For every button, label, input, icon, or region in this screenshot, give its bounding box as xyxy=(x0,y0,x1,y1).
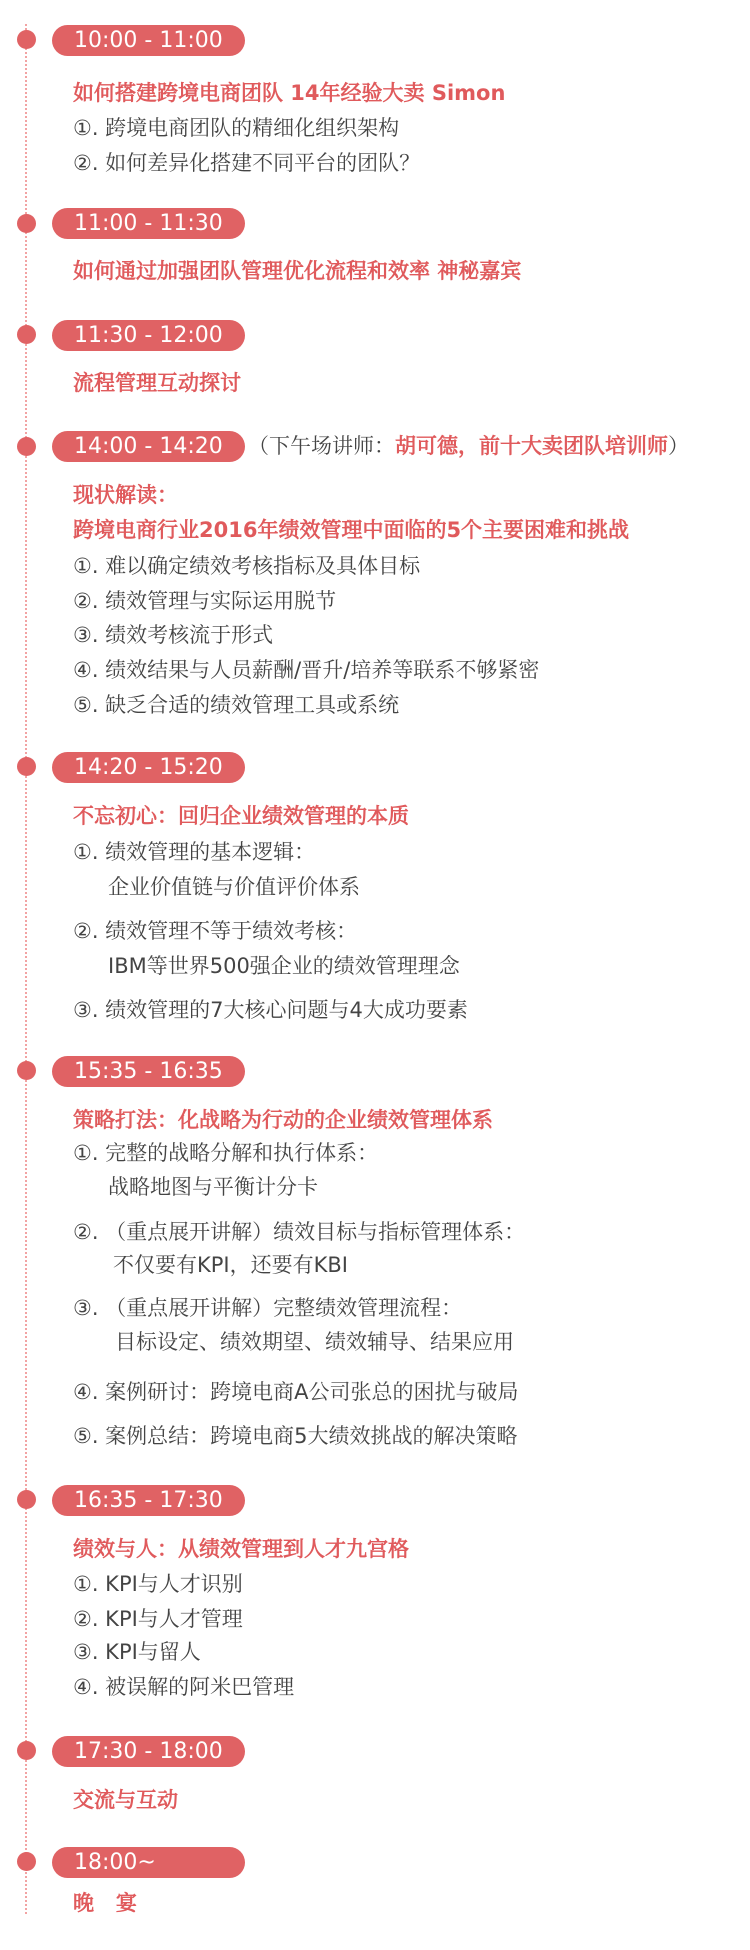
timeline-dot xyxy=(17,437,36,456)
speaker-close: ） xyxy=(668,434,689,458)
time-badge: 14:20 - 15:20 xyxy=(52,752,245,783)
list-item: ①. 绩效管理的基本逻辑： xyxy=(73,837,315,867)
time-badge: 11:00 - 11:30 xyxy=(52,208,245,239)
timeline-dot xyxy=(17,214,36,233)
list-item: ②. （重点展开讲解）绩效目标与指标管理体系： xyxy=(73,1217,525,1247)
list-item: ④. 绩效结果与人员薪酬/晋升/培养等联系不够紧密 xyxy=(73,655,539,685)
speaker-name: 胡可德，前十大卖团队培训师 xyxy=(395,434,668,458)
list-item: ⑤. 缺乏合适的绩效管理工具或系统 xyxy=(73,690,399,720)
list-item: ①. 难以确定绩效考核指标及具体目标 xyxy=(73,551,420,581)
timeline-dot xyxy=(17,1741,36,1760)
timeline-dot xyxy=(17,325,36,344)
session-title: 如何搭建跨境电商团队 14年经验大卖 Simon xyxy=(73,78,505,108)
list-item: ④. 案例研讨：跨境电商A公司张总的困扰与破局 xyxy=(73,1377,519,1407)
list-item-continuation: 目标设定、绩效期望、绩效辅导、结果应用 xyxy=(115,1327,514,1357)
timeline-dot xyxy=(17,1061,36,1080)
session-title: 晚 宴 xyxy=(73,1888,137,1918)
list-item: ③. （重点展开讲解）完整绩效管理流程： xyxy=(73,1293,462,1323)
session-title: 策略打法：化战略为行动的企业绩效管理体系 xyxy=(73,1105,493,1135)
time-badge: 16:35 - 17:30 xyxy=(52,1485,245,1516)
timeline-dotted-line xyxy=(25,24,27,1914)
list-item-continuation: 战略地图与平衡计分卡 xyxy=(108,1172,318,1202)
session-title: 现状解读： xyxy=(73,480,178,510)
timeline-dot xyxy=(17,757,36,776)
time-badge: 17:30 - 18:00 xyxy=(52,1736,245,1767)
session-title: 不忘初心：回归企业绩效管理的本质 xyxy=(73,801,409,831)
list-item: ①. 跨境电商团队的精细化组织架构 xyxy=(73,113,399,143)
list-item: ①. KPI与人才识别 xyxy=(73,1569,243,1599)
time-badge: 14:00 - 14:20 xyxy=(52,431,245,462)
list-item: ③. KPI与留人 xyxy=(73,1637,201,1667)
list-item: ①. 完整的战略分解和执行体系： xyxy=(73,1138,378,1168)
list-item: ②. 绩效管理不等于绩效考核： xyxy=(73,916,357,946)
session-title: 流程管理互动探讨 xyxy=(73,368,241,398)
time-badge: 18:00~ xyxy=(52,1847,245,1878)
list-item: ⑤. 案例总结：跨境电商5大绩效挑战的解决策略 xyxy=(73,1421,518,1451)
list-item: ②. 绩效管理与实际运用脱节 xyxy=(73,586,336,616)
speaker-label: （下午场讲师： xyxy=(248,434,395,458)
list-item-continuation: 企业价值链与价值评价体系 xyxy=(108,872,360,902)
list-item: ③. 绩效管理的7大核心问题与4大成功要素 xyxy=(73,995,468,1025)
list-item-continuation: IBM等世界500强企业的绩效管理理念 xyxy=(108,951,460,981)
list-item: ②. KPI与人才管理 xyxy=(73,1604,243,1634)
time-badge: 10:00 - 11:00 xyxy=(52,25,245,56)
list-item: ③. 绩效考核流于形式 xyxy=(73,620,273,650)
speaker-note: （下午场讲师：胡可德，前十大卖团队培训师） xyxy=(248,431,689,461)
list-item: ②. 如何差异化搭建不同平台的团队？ xyxy=(73,148,420,178)
timeline-dot xyxy=(17,30,36,49)
time-badge: 15:35 - 16:35 xyxy=(52,1056,245,1087)
session-title: 绩效与人：从绩效管理到人才九宫格 xyxy=(73,1534,409,1564)
timeline-dot xyxy=(17,1852,36,1871)
session-title: 如何通过加强团队管理优化流程和效率 神秘嘉宾 xyxy=(73,256,521,286)
session-subtitle: 跨境电商行业2016年绩效管理中面临的5个主要困难和挑战 xyxy=(73,515,629,545)
timeline-dot xyxy=(17,1490,36,1509)
list-item: ④. 被误解的阿米巴管理 xyxy=(73,1672,294,1702)
time-badge: 11:30 - 12:00 xyxy=(52,320,245,351)
list-item-continuation: 不仅要有KPI，还要有KBI xyxy=(113,1250,348,1280)
session-title: 交流与互动 xyxy=(73,1785,178,1815)
